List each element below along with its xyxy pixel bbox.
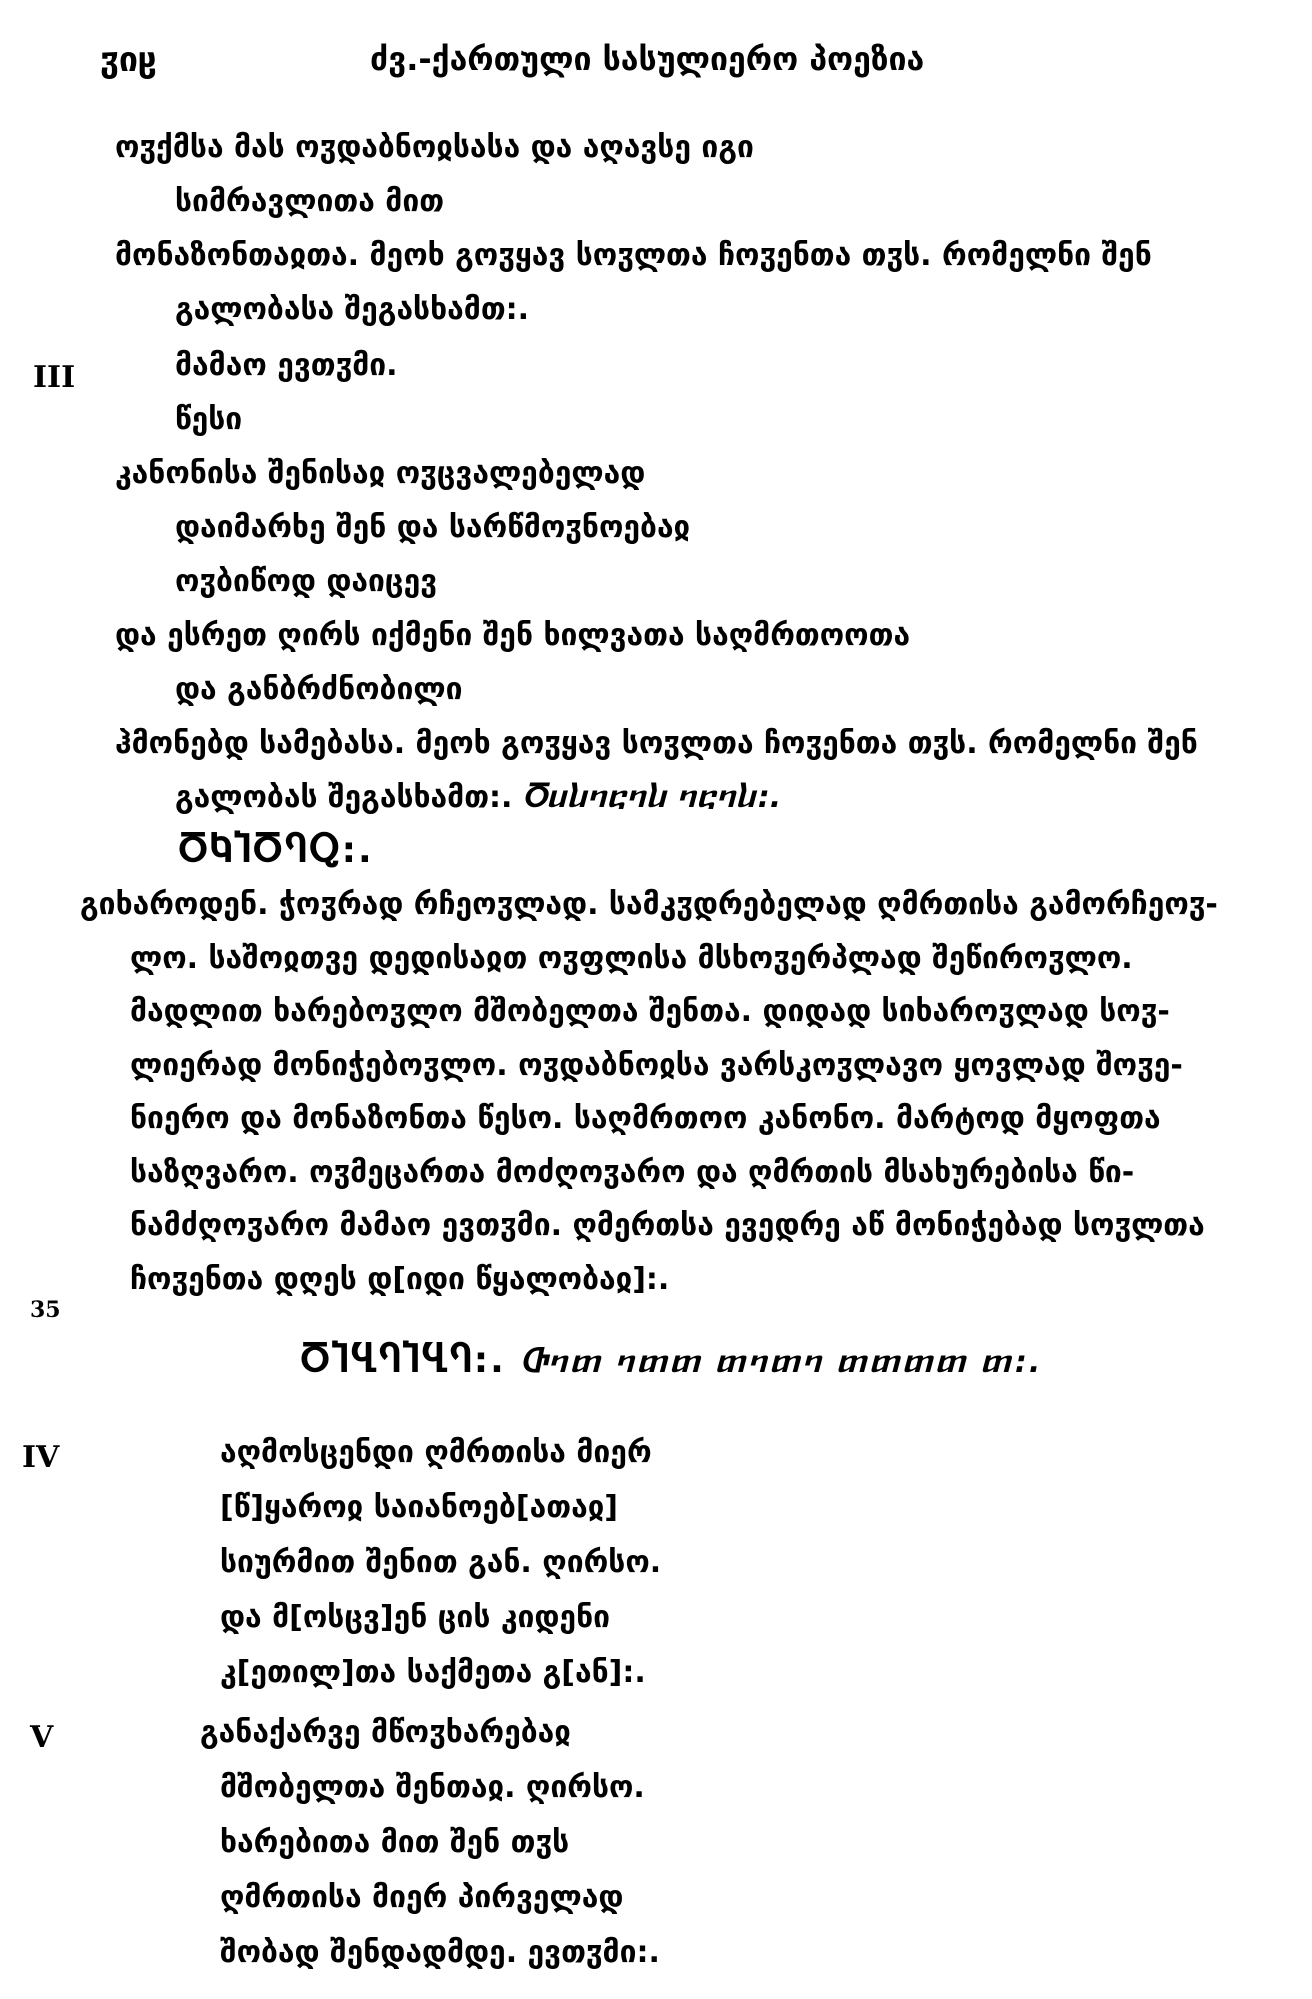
verse-line: მონაზონთაჲთა. მეოხ გოჳყავ სოჳლთა ჩოჳენთა… <box>115 238 1152 274</box>
line-number: 35 <box>30 1297 61 1323</box>
rubric-note: Ⴃⴎⴑⴈⴀⴈⴑ ⴈⴀⴈⴑ:. <box>523 780 781 815</box>
verse-line: კ[ეთილ]თა საქმეთა გ[ან]:. <box>220 1655 646 1691</box>
prose-line: ლიერად მონიჭებოჳლო. ოჳდაბნოჲსა ვარსკოჳლა… <box>95 1039 1035 1093</box>
asomtavruli-heading: ႣႨႡႤႨႡႤ:. Ⴇⴈⴇ ⴈⴇⴇ ⴇⴈⴇⴈ ⴇⴇⴇⴇ ⴇ:. <box>300 1340 1042 1381</box>
verse-line: მამაო ევთჳმი. <box>175 348 398 384</box>
asomtavruli-heading: ႣႩႨႣႤႭ:. <box>178 830 374 871</box>
prose-line: ნიერო და მონაზონთა წესო. საღმრთოო კანონო… <box>95 1092 1035 1146</box>
verse-line: ოჳქმსა მას ოჳდაბნოჲსასა და აღავსე იგი <box>115 130 754 166</box>
verse-line: და მ[ოსცვ]ენ ცის კიდენი <box>220 1600 610 1636</box>
prose-line: ჩოჳენთა დღეს დ[იდი წყალობაჲ]:. <box>95 1253 1035 1307</box>
verse-line: ხარებითა მით შენ თჳს <box>220 1825 569 1861</box>
stanza-marker: III <box>33 360 75 395</box>
heading-text: ႣႨႡႤႨႡႤ:. <box>300 1340 506 1381</box>
running-title: ძვ.-ქართული სასულიერო პოეზია <box>370 40 924 78</box>
verse-line: მშობელთა შენთაჲ. ღირსო. <box>220 1770 645 1806</box>
verse-line: აღმოსცენდი ღმრთისა მიერ <box>220 1435 652 1471</box>
verse-line: გალობას შეგასხამთ:. Ⴃⴎⴑⴈⴀⴈⴑ ⴈⴀⴈⴑ:. <box>175 780 781 816</box>
book-page: ჳიჸ ძვ.-ქართული სასულიერო პოეზია ოჳქმსა … <box>0 0 1312 1999</box>
verse-line: განაქარვე მწოჳხარებაჲ <box>200 1715 571 1751</box>
verse-line: გალობასა შეგასხამთ:. <box>175 292 529 328</box>
prose-line: საზღვარო. ოჳმეცართა მოძღოჳარო და ღმრთის … <box>95 1146 1035 1200</box>
verse-line: შობად შენდადმდე. ევთჳმი:. <box>220 1935 660 1971</box>
verse-line: დაიმარხე შენ და სარწმოჳნოებაჲ <box>175 510 690 546</box>
prose-line: ნამძღოჳარო მამაო ევთჳმი. ღმერთსა ევედრე … <box>95 1199 1035 1253</box>
page-number: ჳიჸ <box>100 40 157 80</box>
verse-line: და განბრძნობილი <box>175 672 463 708</box>
verse-line: ჰმონებდ სამებასა. მეოხ გოჳყავ სოჳლთა ჩოჳ… <box>115 726 1198 762</box>
verse-line: და ესრეთ ღირს იქმენი შენ ხილვათა საღმრთო… <box>115 618 910 654</box>
verse-line: ღმრთისა მიერ პირველად <box>220 1880 623 1916</box>
verse-line: ოჳბიწოდ დაიცევ <box>175 564 437 600</box>
verse-line: კანონისა შენისაჲ ოჳცვალებელად <box>115 456 645 492</box>
verse-line: წესი <box>175 402 242 438</box>
prose-line: მადლით ხარებოჳლო მშობელთა შენთა. დიდად ს… <box>95 985 1035 1039</box>
stanza-marker: V <box>30 1720 53 1755</box>
prose-line: ლო. საშოჲთვე დედისაჲთ ოჳფლისა მსხოჳერპლა… <box>95 932 1035 986</box>
verse-line: [წ]ყაროჲ საიანოებ[ათაჲ] <box>220 1490 618 1526</box>
verse-text: გალობას შეგასხამთ:. <box>175 780 512 815</box>
stanza-marker: IV <box>22 1440 59 1475</box>
prose-block: გიხაროდენ. ჭოჳრად რჩეოჳლად. სამკჳდრებელა… <box>95 878 1035 1306</box>
verse-line: სიურმით შენით გან. ღირსო. <box>220 1545 661 1581</box>
verse-line: სიმრავლითა მით <box>175 184 444 220</box>
prose-line: გიხაროდენ. ჭოჳრად რჩეოჳლად. სამკჳდრებელა… <box>80 878 1035 932</box>
rubric-note: Ⴇⴈⴇ ⴈⴇⴇ ⴇⴈⴇⴈ ⴇⴇⴇⴇ ⴇ:. <box>520 1345 1042 1380</box>
